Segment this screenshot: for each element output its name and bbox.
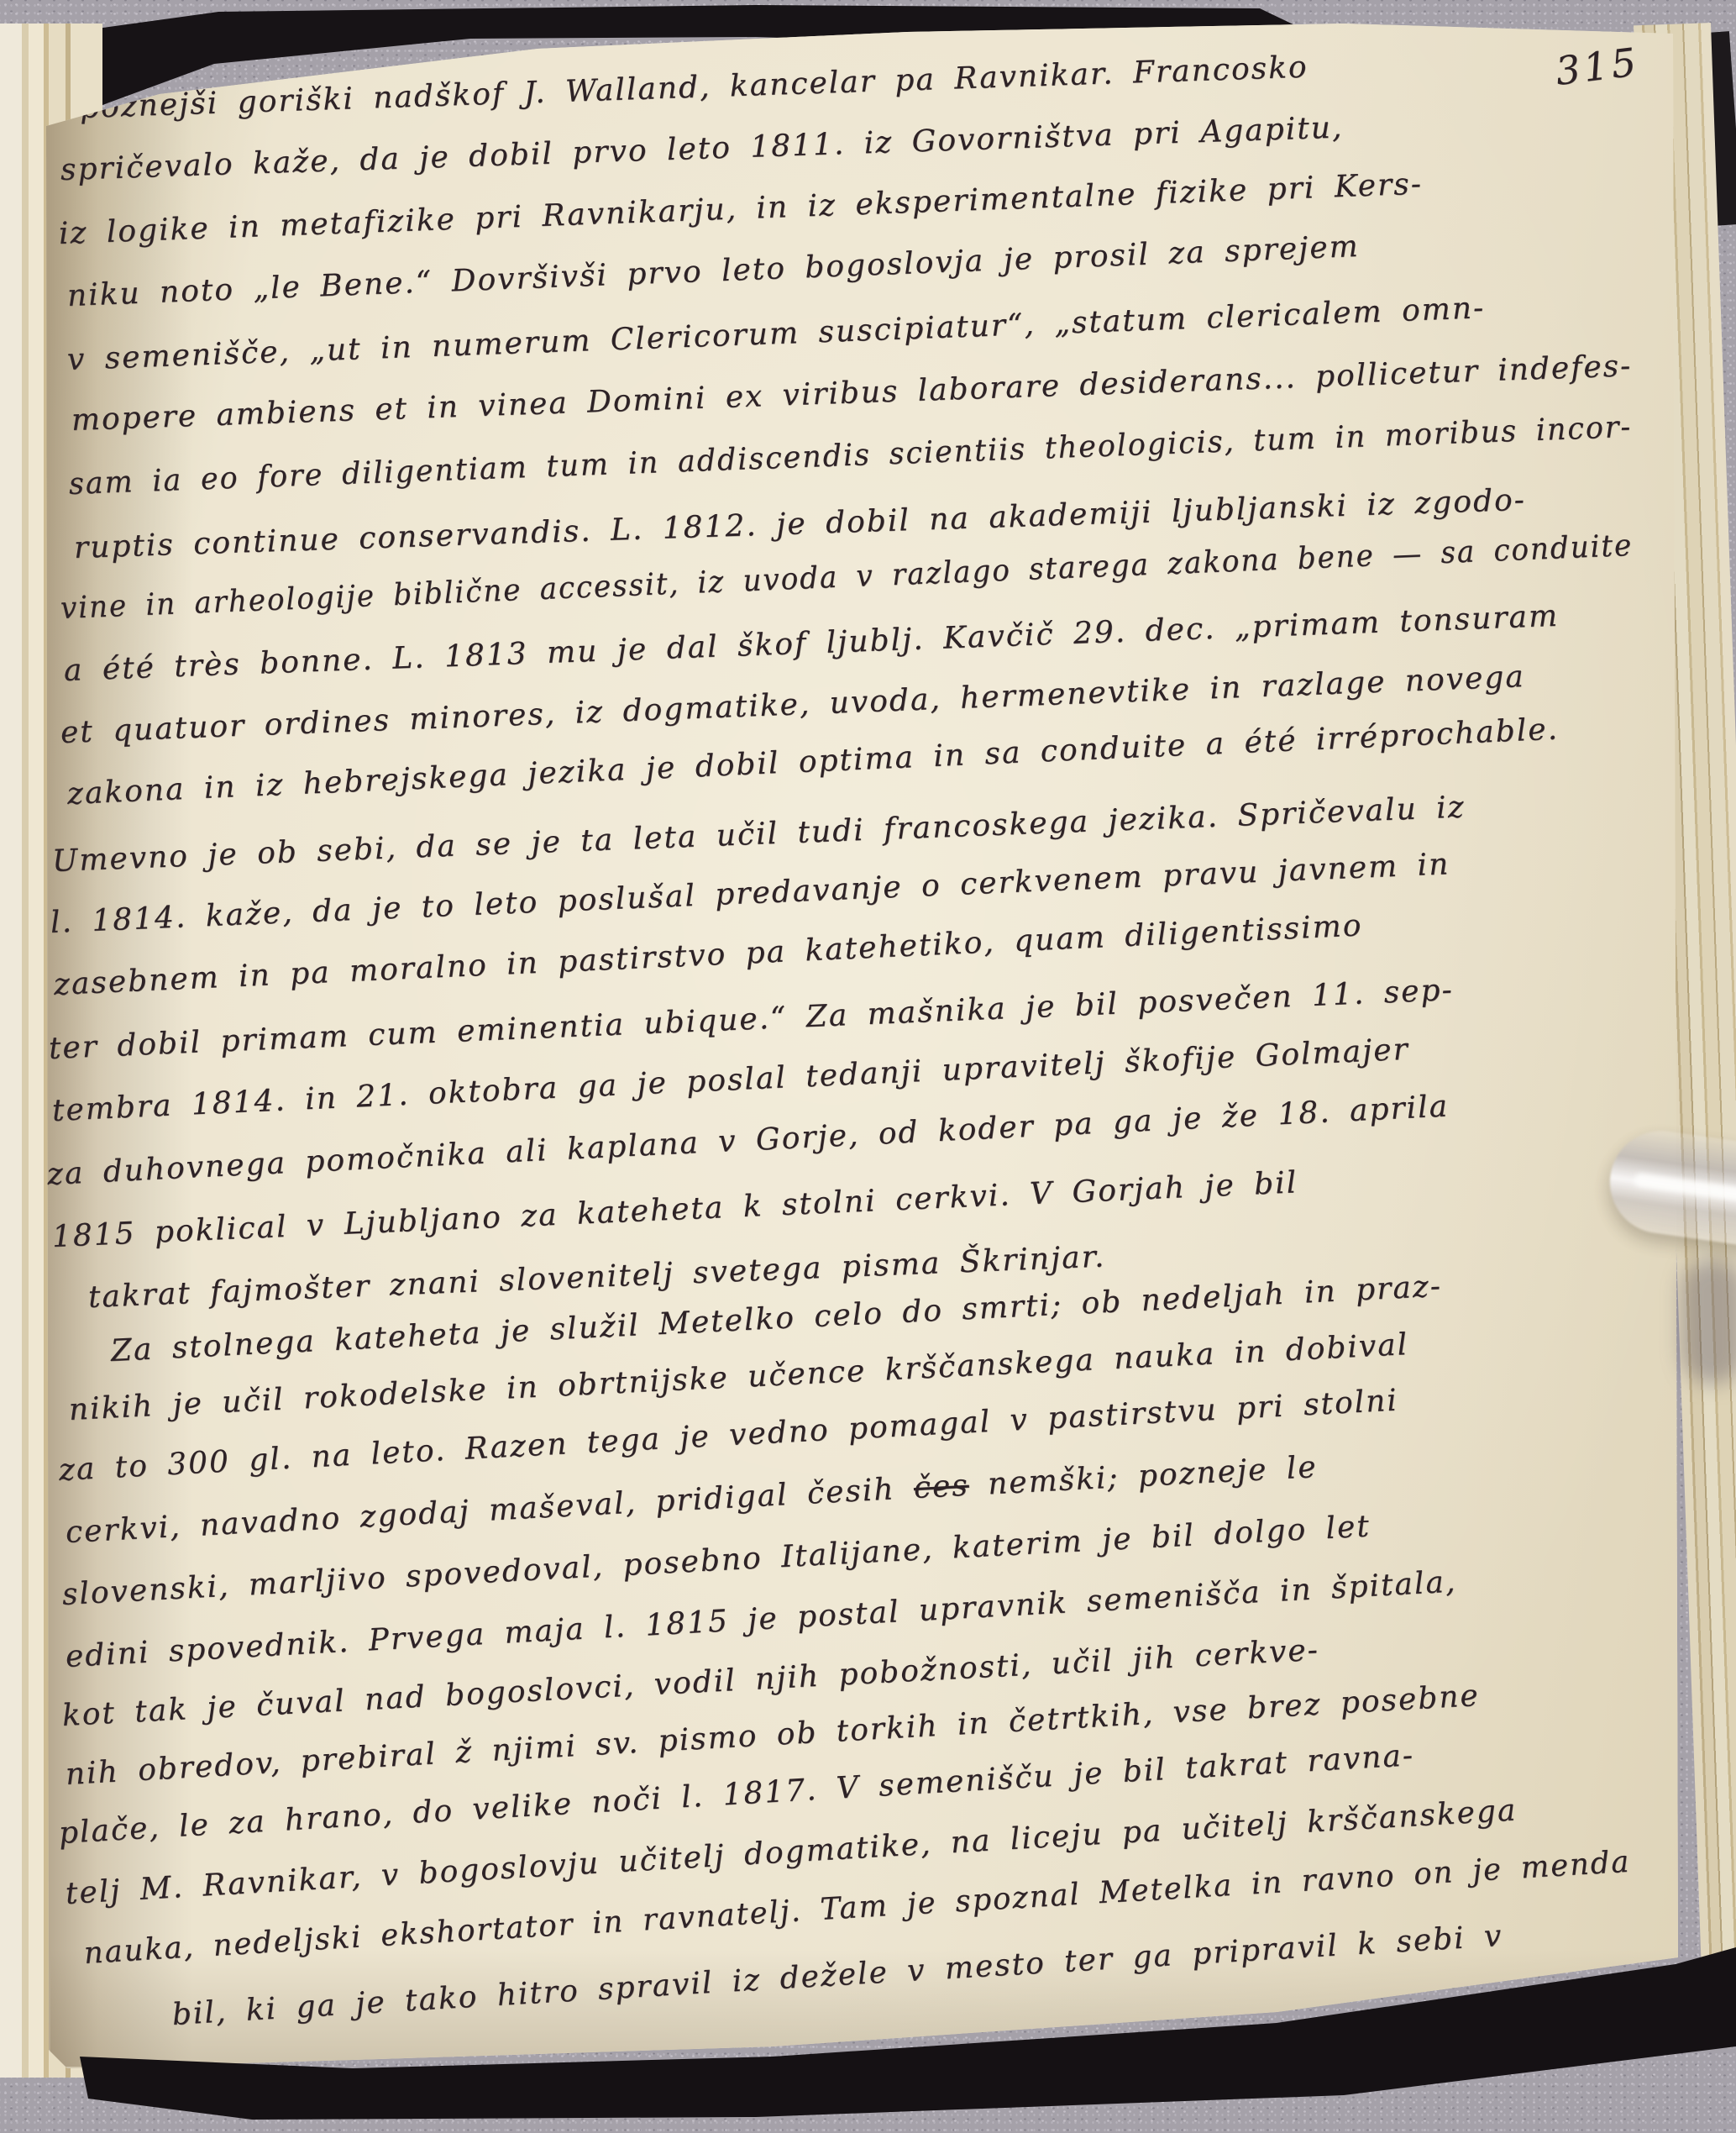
manuscript-line: poznejši goriški nadškof J. Walland, kan… — [79, 50, 1309, 124]
page-number: 315 — [1553, 39, 1642, 94]
strikethrough-word: čes — [913, 1468, 970, 1505]
photo-of-open-manuscript-book: 315 poznejši goriški nadškof J. Walland,… — [0, 0, 1736, 2133]
page-holder-shadow — [1681, 1258, 1736, 1384]
manuscript-line: spričevalo kaže, da je dobil prvo leto 1… — [60, 110, 1344, 187]
manuscript-page: 315 poznejši goriški nadškof J. Walland,… — [0, 0, 1736, 2133]
